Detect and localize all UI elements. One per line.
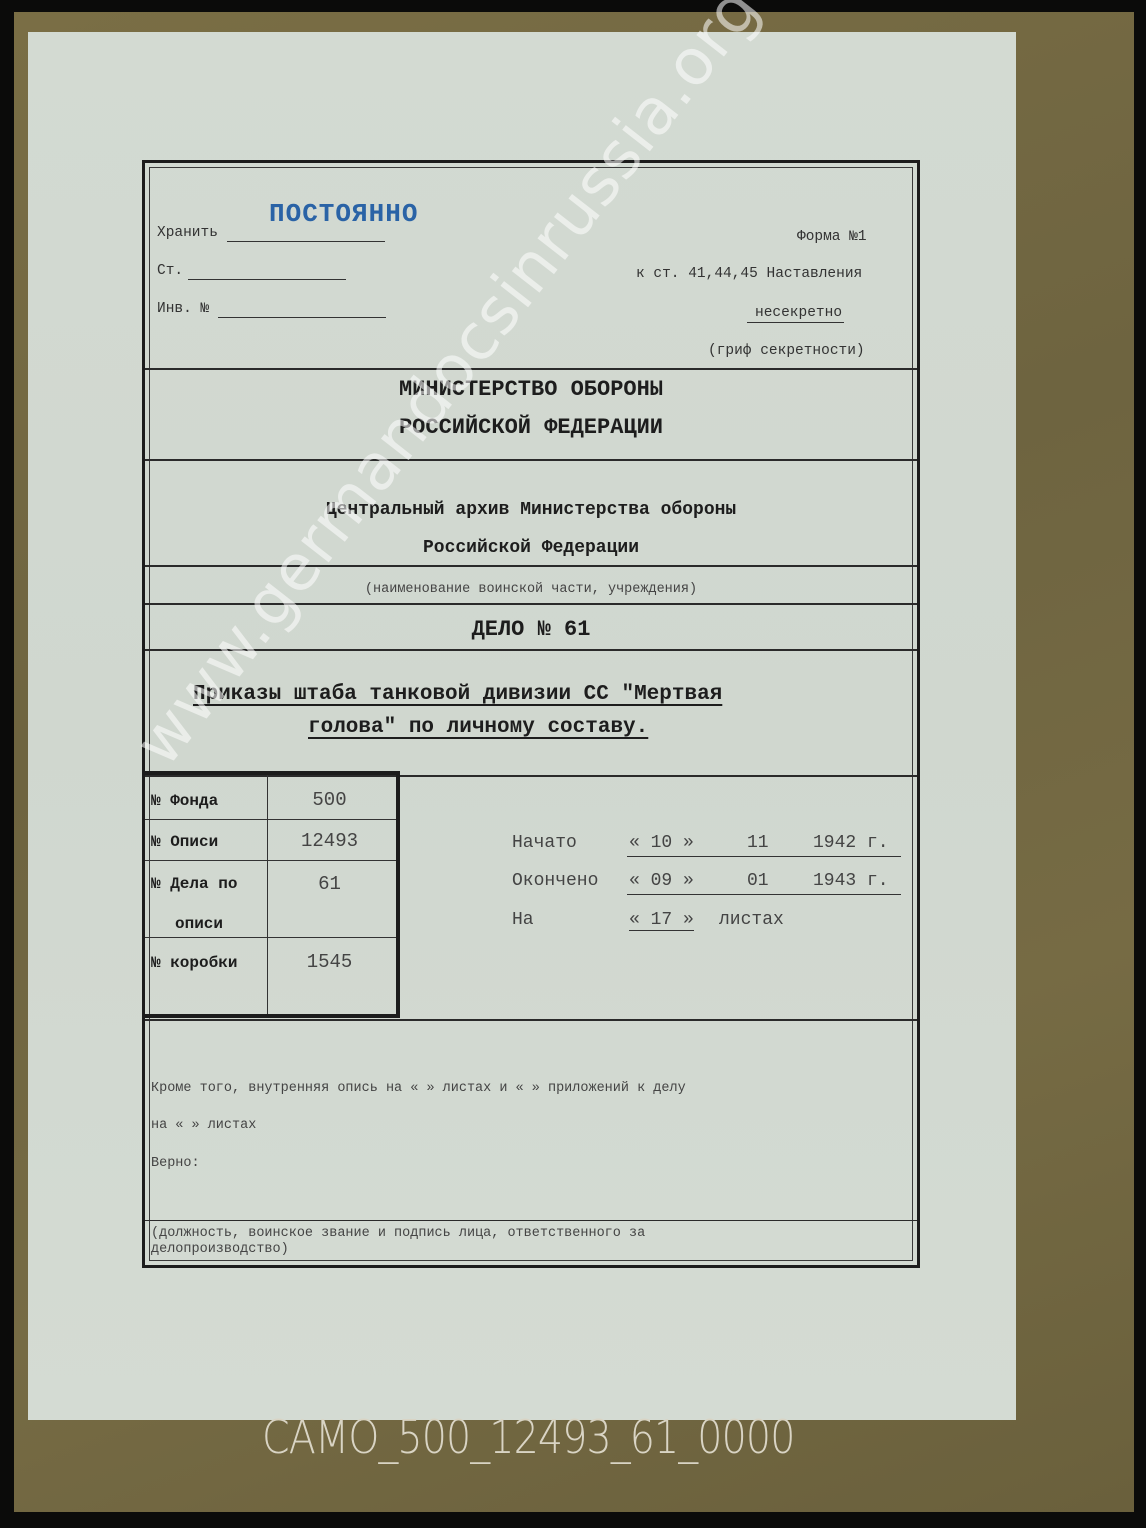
inventory-field-line: [218, 317, 386, 318]
started-month: 11: [747, 833, 769, 853]
permanent-stamp: ПОСТОЯННО: [269, 199, 418, 229]
ended-day: « 09 »: [629, 871, 694, 891]
article-label: Ст.: [157, 263, 183, 279]
divider: [145, 1019, 917, 1021]
delo-value: 61: [267, 873, 392, 895]
archive-line-1: Центральный архив Министерства обороны: [145, 500, 917, 520]
divider: [145, 368, 917, 370]
store-field-line: [227, 241, 385, 242]
delo-label: № Дела по: [151, 875, 237, 893]
signature-caption-2: делопроизводство): [151, 1242, 289, 1257]
sheets-count: « 17 »: [629, 910, 694, 931]
ended-month: 01: [747, 871, 769, 891]
store-label: Хранить: [157, 225, 218, 241]
started-underline: [627, 856, 901, 857]
fond-value: 500: [267, 789, 392, 811]
opis-label: № Описи: [151, 833, 218, 851]
divider: [145, 459, 917, 461]
inventory-label: Инв. №: [157, 301, 209, 317]
opis-value: 12493: [267, 830, 392, 852]
ended-year: 1943 г.: [813, 871, 889, 891]
ended-label: Окончено: [512, 871, 598, 891]
box-label: № коробки: [151, 954, 237, 972]
internal-inventory-sheets: на « » листах: [151, 1118, 256, 1133]
started-year: 1942 г.: [813, 833, 889, 853]
started-day: « 10 »: [629, 833, 694, 853]
delo-label-2: описи: [175, 915, 223, 933]
table-row-divider: [145, 819, 396, 820]
ministry-line-2: РОССИЙСКОЙ ФЕДЕРАЦИИ: [145, 415, 917, 440]
form-number: Форма №1: [797, 229, 867, 245]
verified-label: Верно:: [151, 1156, 200, 1171]
instruction-reference: к ст. 41,44,45 Наставления: [636, 266, 862, 282]
sheets-unit: листах: [719, 910, 784, 930]
fond-label: № Фонда: [151, 792, 218, 810]
subject-line-2: голова" по личному составу.: [308, 716, 648, 739]
box-value: 1545: [267, 951, 392, 973]
table-row-divider: [145, 860, 396, 861]
article-field-line: [188, 279, 346, 280]
started-label: Начато: [512, 833, 577, 853]
ended-underline: [627, 894, 901, 895]
registry-table: № Фонда 500 № Описи 12493 № Дела по опис…: [145, 771, 400, 1018]
ministry-line-1: МИНИСТЕРСТВО ОБОРОНЫ: [145, 377, 917, 402]
file-code-label: CAMO_500_12493_61_0000: [262, 1410, 795, 1464]
sheets-label: На: [512, 910, 534, 930]
divider: [145, 1220, 917, 1221]
secrecy-caption: (гриф секретности): [708, 343, 865, 359]
table-row-divider: [145, 937, 396, 938]
frame-inner-border: [149, 167, 913, 1261]
internal-inventory-note: Кроме того, внутренняя опись на « » лист…: [151, 1081, 686, 1096]
signature-caption-1: (должность, воинское звание и подпись ли…: [151, 1226, 645, 1241]
subject-line-1: Приказы штаба танковой дивизии СС "Мертв…: [193, 683, 722, 706]
secrecy-level: несекретно: [747, 305, 844, 323]
